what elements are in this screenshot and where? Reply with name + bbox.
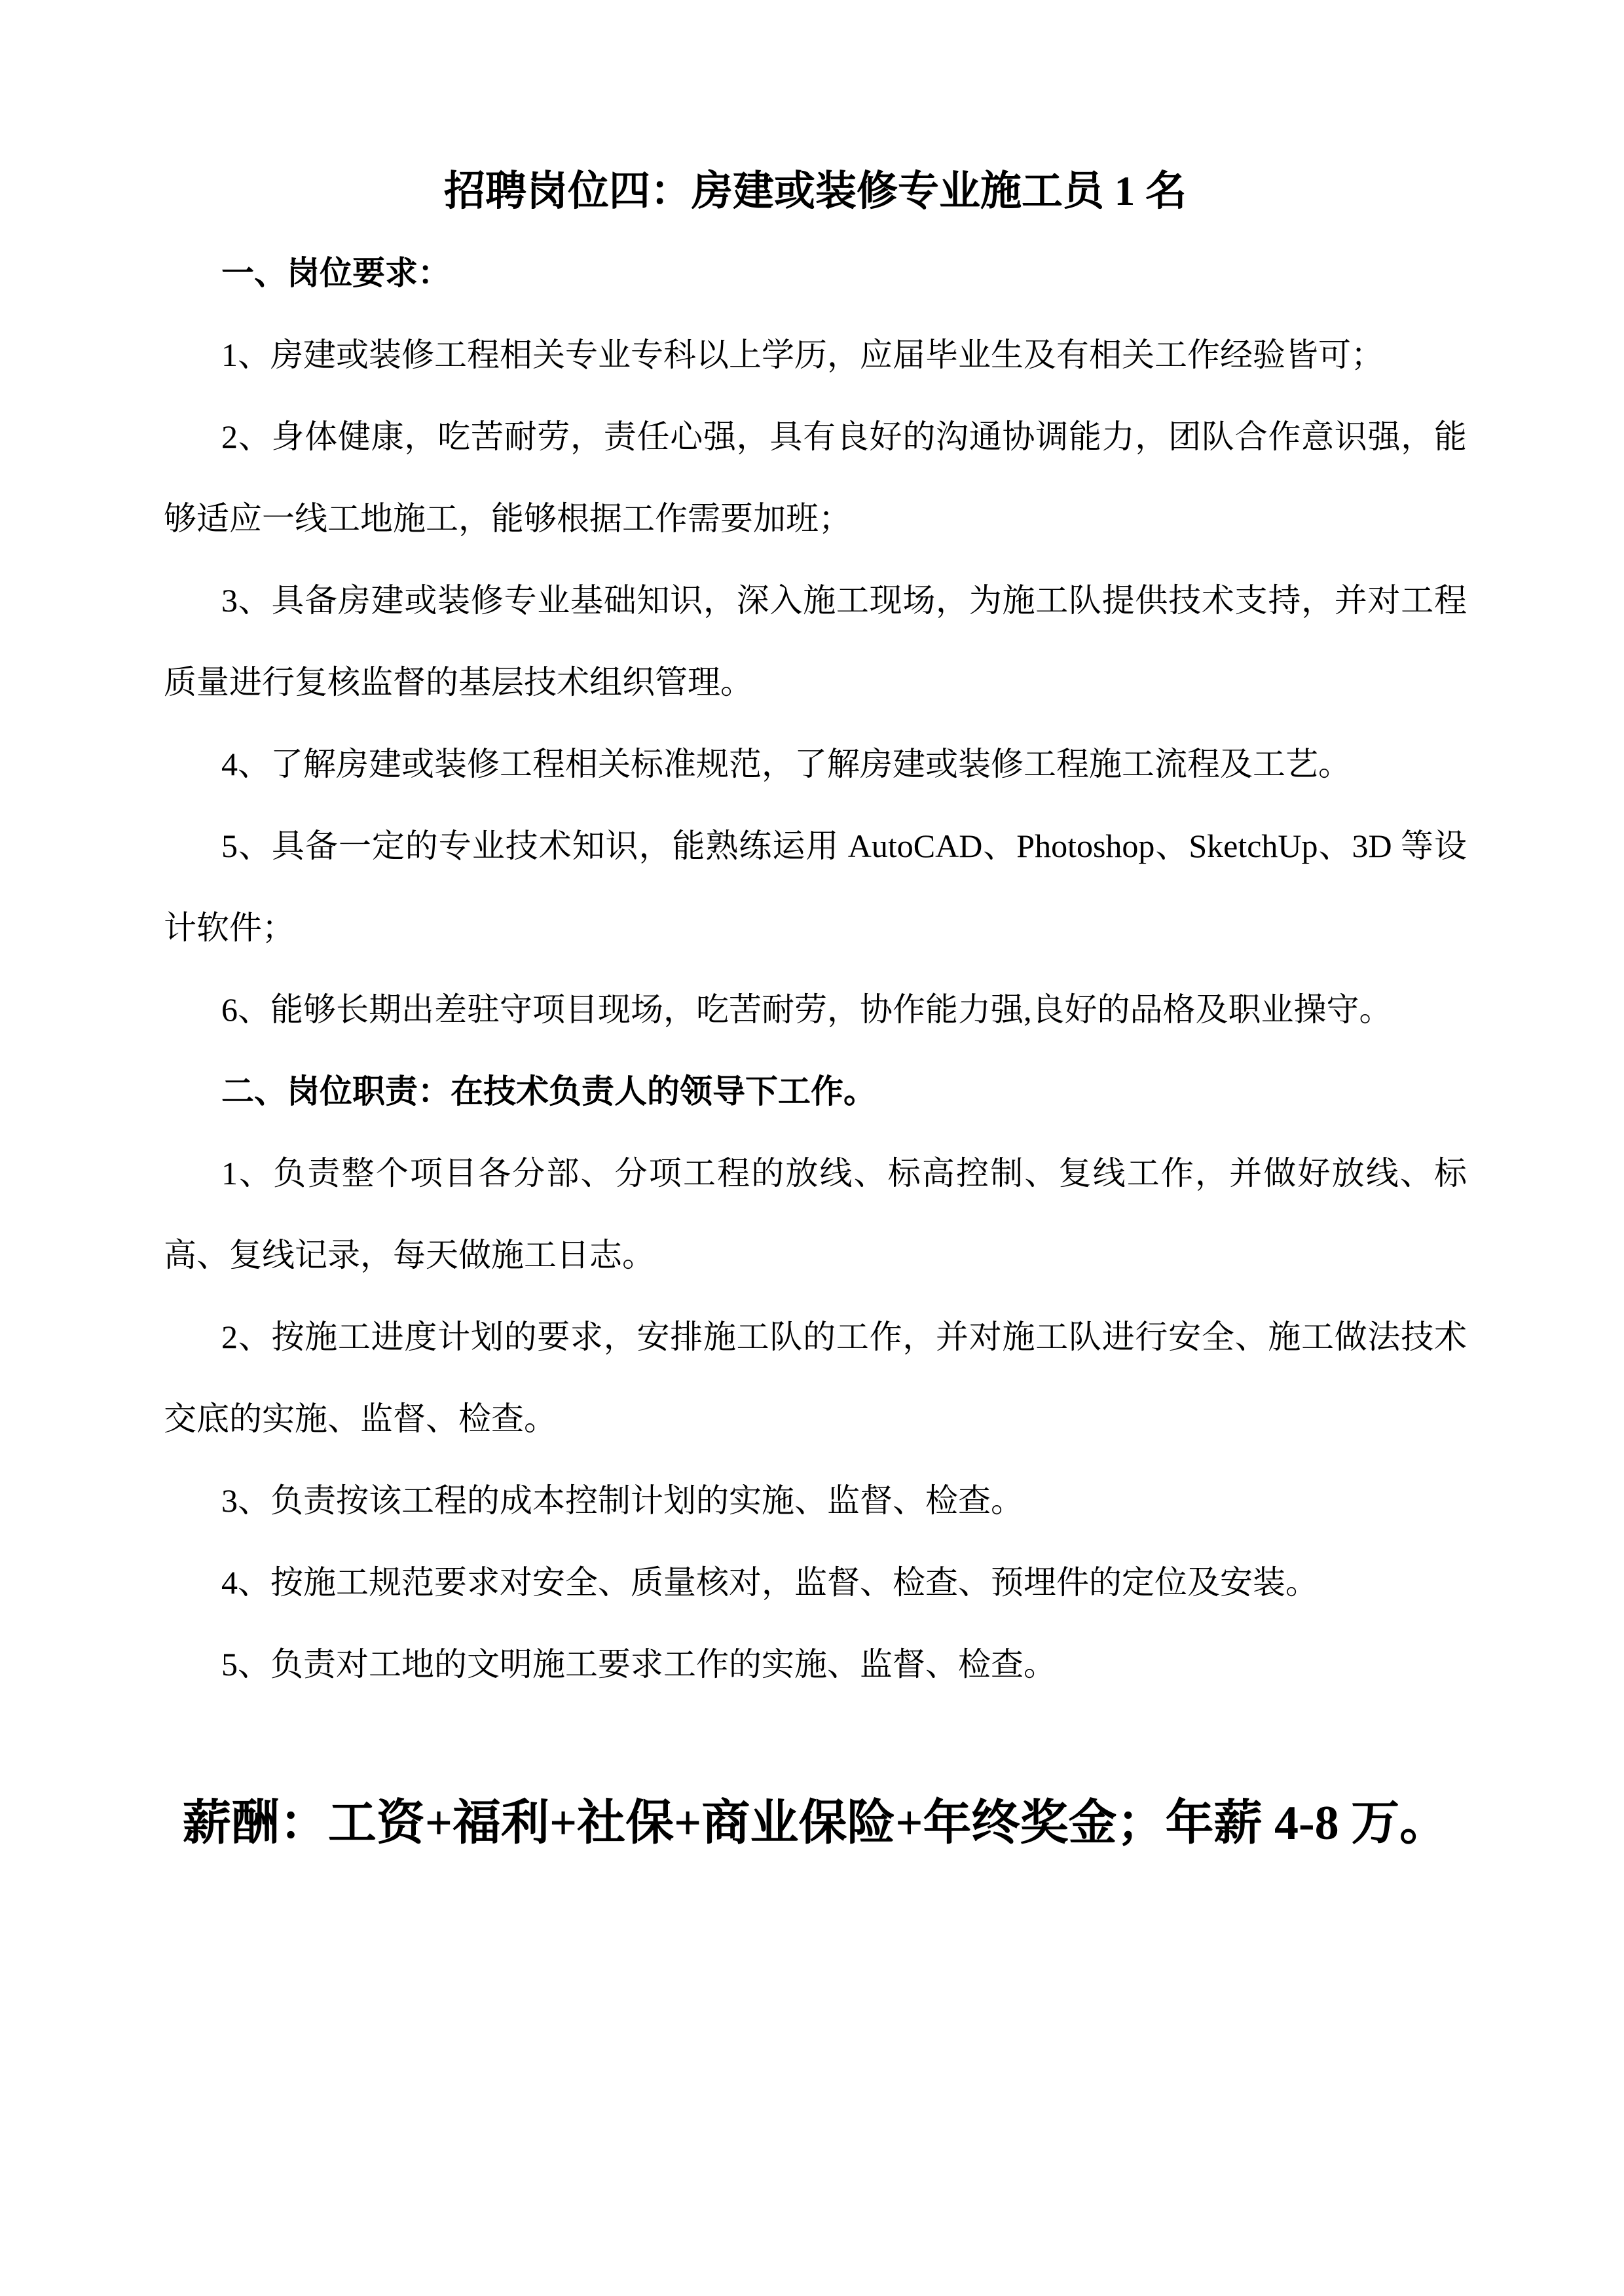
duty-item-1: 1、负责整个项目各分部、分项工程的放线、标高控制、复线工作，并做好放线、标高、复… [164, 1133, 1467, 1296]
duty-item-5: 5、负责对工地的文明施工要求工作的实施、监督、检查。 [164, 1624, 1467, 1705]
requirement-item-4: 4、了解房建或装修工程相关标准规范，了解房建或装修工程施工流程及工艺。 [164, 723, 1467, 805]
requirement-item-1: 1、房建或装修工程相关专业专科以上学历，应届毕业生及有相关工作经验皆可； [164, 314, 1467, 396]
duty-item-3: 3、负责按该工程的成本控制计划的实施、监督、检查。 [164, 1460, 1467, 1542]
requirement-item-2: 2、身体健康，吃苦耐劳，责任心强，具有良好的沟通协调能力，团队合作意识强，能够适… [164, 396, 1467, 560]
requirement-item-6: 6、能够长期出差驻守项目现场，吃苦耐劳，协作能力强,良好的品格及职业操守。 [164, 969, 1467, 1051]
requirement-item-3: 3、具备房建或装修专业基础知识，深入施工现场，为施工队提供技术支持，并对工程质量… [164, 560, 1467, 723]
section-2-heading: 二、岗位职责：在技术负责人的领导下工作。 [164, 1051, 1467, 1133]
duty-item-2: 2、按施工进度计划的要求，安排施工队的工作，并对施工队进行安全、施工做法技术交底… [164, 1296, 1467, 1460]
salary-line: 薪酬：工资+福利+社保+商业保险+年终奖金；年薪 4-8 万。 [164, 1774, 1467, 1872]
document-page: 招聘岗位四：房建或装修专业施工员 1 名 一、岗位要求： 1、房建或装修工程相关… [0, 0, 1624, 2296]
section-1-heading: 一、岗位要求： [164, 232, 1467, 314]
duty-item-4: 4、按施工规范要求对安全、质量核对，监督、检查、预埋件的定位及安装。 [164, 1542, 1467, 1624]
requirement-item-5: 5、具备一定的专业技术知识，能熟练运用 AutoCAD、Photoshop、Sk… [164, 805, 1467, 969]
page-title: 招聘岗位四：房建或装修专业施工员 1 名 [164, 151, 1467, 232]
